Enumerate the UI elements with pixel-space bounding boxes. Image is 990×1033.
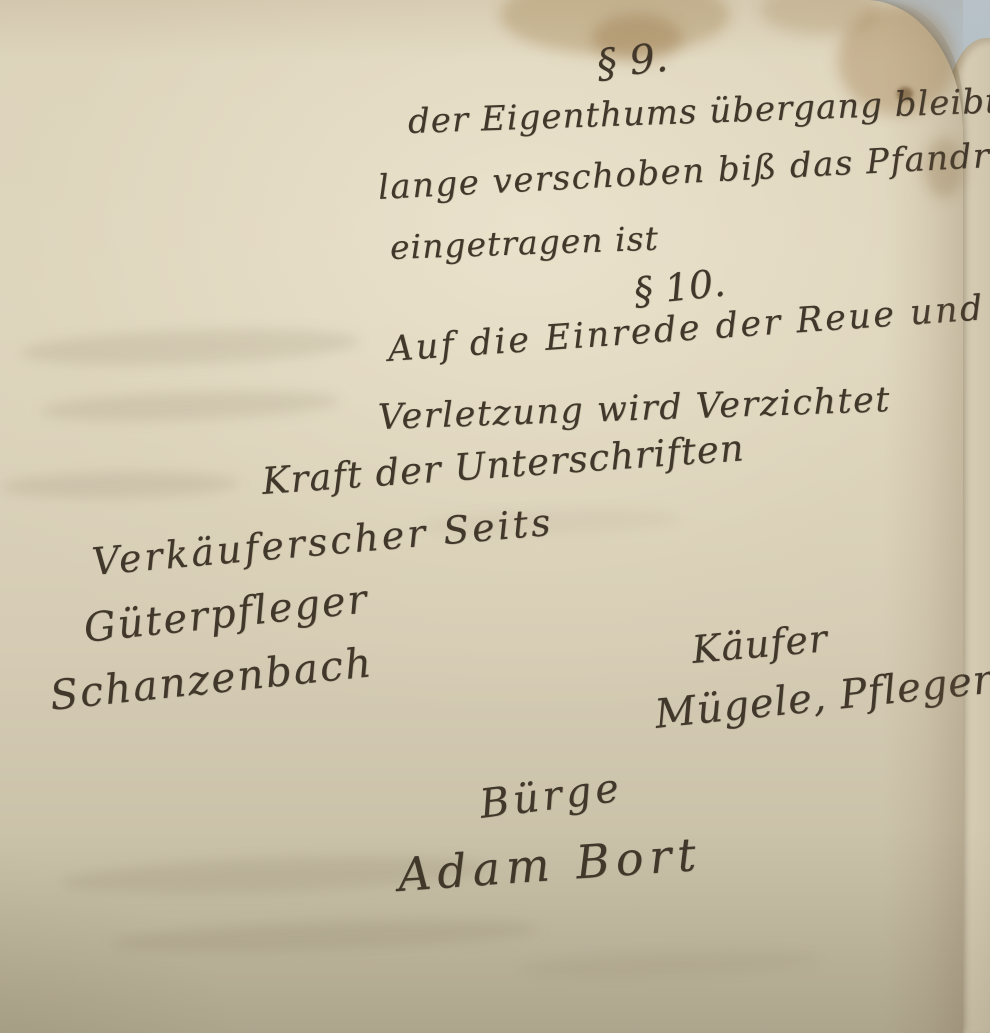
body-line: eingetragen ist: [389, 219, 659, 267]
bleed-through-smudge: [0, 470, 240, 500]
section-heading-10: § 10.: [632, 261, 728, 314]
closing-formula: Kraft der Unterschriften: [261, 426, 746, 503]
signature-seller-side: Verkäuferscher Seits: [90, 500, 555, 584]
signature-guarantor-role: Bürge: [477, 765, 625, 828]
bleed-through-smudge: [20, 324, 361, 370]
bleed-through-smudge: [520, 947, 821, 981]
signature-buyer-role: Käufer: [690, 616, 830, 672]
page-top-shading: [0, 0, 963, 60]
manuscript-photo: § 9. der Eigenthums übergang bleibt so l…: [0, 0, 990, 1033]
signature-guarantor-name: Adam Bort: [396, 827, 703, 902]
body-line: der Eigenthums übergang bleibt so: [407, 80, 990, 142]
foxing-stain: [760, 0, 880, 35]
bleed-through-smudge: [40, 387, 341, 425]
body-line: lange verschoben biß das Pfandrecht: [377, 132, 990, 208]
book-page: § 9. der Eigenthums übergang bleibt so l…: [0, 0, 963, 1033]
signature-curator-role: Güterpfleger: [82, 576, 371, 652]
body-line: Verletzung wird Verzichtet: [377, 380, 891, 438]
section-heading-9: § 9.: [595, 35, 670, 88]
bleed-through-smudge: [110, 915, 541, 958]
